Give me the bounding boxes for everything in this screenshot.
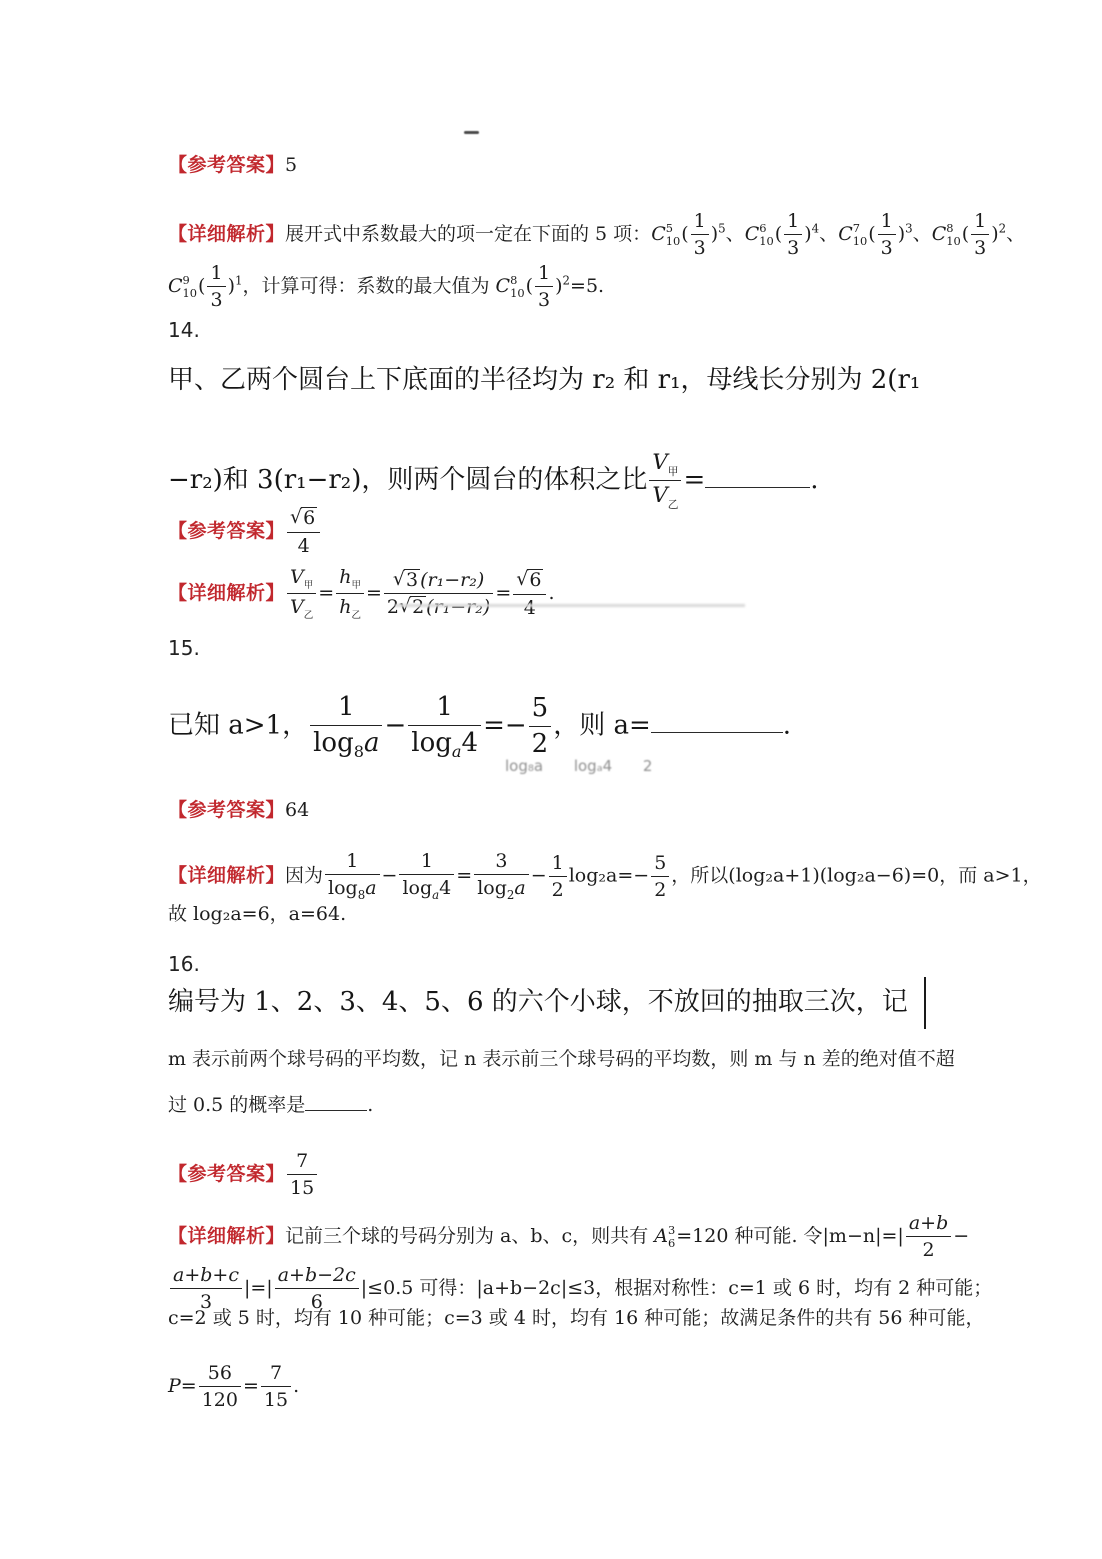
- separator: 、: [1006, 223, 1025, 245]
- radical-sign: √: [393, 568, 405, 590]
- ref-answer-label: 【参考答案】: [168, 154, 285, 176]
- supsub-stack: 710: [853, 222, 868, 248]
- denominator: 3: [784, 235, 802, 259]
- subscript: 10: [510, 287, 525, 300]
- text-cursor-artifact: [924, 977, 926, 1029]
- log-text: log: [402, 877, 432, 899]
- q16-answer-line: 【参考答案】715: [168, 1150, 319, 1200]
- fraction: V甲V乙: [287, 566, 316, 622]
- supsub-stack: 610: [759, 222, 774, 248]
- fraction: 1loga4: [408, 692, 481, 761]
- exponent: 3: [905, 222, 913, 236]
- yi-subscript: 乙: [304, 611, 314, 622]
- minus-sign: −: [953, 1225, 969, 1247]
- answer-fraction: 715: [287, 1150, 317, 1200]
- abs-equals: |=|: [244, 1277, 273, 1299]
- equals-sign: =: [318, 582, 334, 604]
- detail-analysis-label: 【详细解析】: [168, 582, 285, 604]
- because-text: 因为: [285, 865, 323, 887]
- fraction: 1loga4: [399, 850, 454, 903]
- answer-blank: [705, 462, 810, 488]
- denominator: 15: [287, 1175, 317, 1199]
- q16-analysis-text: =120 种可能. 令|m−n|=|: [676, 1225, 904, 1247]
- ref-answer-label: 【参考答案】: [168, 520, 285, 542]
- log-argument: a: [514, 877, 525, 899]
- numerator: h甲: [336, 566, 364, 594]
- q14-question-line1: 甲、乙两个圆台上下底面的半径均为 r₂ 和 r₁，母线长分别为 2(r₁: [168, 362, 920, 400]
- numerator: 1: [310, 692, 382, 726]
- separator: 、: [913, 223, 932, 245]
- q16-analysis-line3: c=2 或 5 时，均有 10 种可能；c=3 或 4 时，均有 16 种可能；…: [168, 1305, 984, 1333]
- numerator: 7: [261, 1362, 291, 1387]
- paren-open: (: [962, 223, 969, 245]
- paren-open: (: [775, 223, 782, 245]
- denominator: loga4: [408, 726, 481, 761]
- q15-analysis-line1: 【详细解析】因为1log8a−1loga4=3log2a−12log₂a=−52…: [168, 850, 1042, 903]
- denominator: V乙: [287, 594, 316, 621]
- denominator: 2: [906, 1237, 951, 1261]
- paren-open: (: [868, 223, 875, 245]
- denominator: 15: [261, 1387, 291, 1411]
- h-symbol: h: [339, 566, 351, 588]
- separator: ，: [242, 275, 261, 297]
- detail-analysis-label: 【详细解析】: [168, 865, 285, 887]
- comb-symbol: C: [745, 223, 760, 245]
- r-expression: (r₁−r₂): [420, 569, 484, 591]
- ref-answer-label: 【参考答案】: [168, 799, 285, 821]
- numerator: √6: [513, 569, 546, 595]
- fraction: 1log8a: [325, 850, 380, 903]
- numerator: V甲: [649, 450, 681, 481]
- scan-artifact-dash: [464, 131, 479, 134]
- supsub-stack: 810: [946, 222, 961, 248]
- numerator: 7: [287, 1150, 317, 1175]
- period: .: [548, 582, 554, 604]
- radical-sign: √: [516, 568, 528, 590]
- subscript: 10: [183, 287, 198, 300]
- numerator: a+b−2c: [275, 1264, 359, 1289]
- numerator: a+b: [906, 1212, 951, 1237]
- q13-analysis-line1: 【详细解析】展开式中系数最大的项一定在下面的 5 项：C510(13)5、C61…: [168, 210, 1025, 260]
- log-argument: a: [365, 877, 376, 899]
- supsub-stack: 510: [666, 222, 681, 248]
- denominator: h乙: [336, 594, 364, 621]
- fraction: 3log2a: [474, 850, 529, 903]
- numerator: √3(r₁−r₂): [384, 569, 493, 595]
- coefficient: 2: [387, 596, 399, 618]
- fraction: 13: [971, 210, 989, 260]
- answer-blank: [305, 1092, 367, 1111]
- denominator: 3: [691, 235, 709, 259]
- numerator: 1: [971, 210, 989, 235]
- denominator: 2: [651, 877, 669, 901]
- document-page: 【参考答案】5 【详细解析】展开式中系数最大的项一定在下面的 5 项：C510(…: [0, 0, 1102, 1559]
- minus-sign: −: [382, 865, 398, 887]
- arrangement-term: A36: [654, 1225, 676, 1247]
- comb-symbol: C: [838, 223, 853, 245]
- numerator: 5: [529, 693, 552, 727]
- period: .: [293, 1375, 299, 1397]
- q14-number: 14.: [168, 316, 200, 345]
- square-root: √2: [399, 596, 426, 618]
- period: .: [367, 1094, 373, 1116]
- subscript: 6: [668, 1237, 675, 1250]
- q14-question-line2-text: −r₂)和 3(r₁−r₂)，则两个圆台的体积之比: [168, 465, 647, 495]
- numerator: 1: [325, 850, 380, 875]
- scan-artifact-smudge: [395, 604, 745, 607]
- fraction: 13: [691, 210, 709, 260]
- V-symbol: V: [290, 566, 304, 588]
- paren-close: ): [804, 223, 811, 245]
- answer-blank: [651, 708, 783, 734]
- period: .: [783, 710, 791, 740]
- radicand: 6: [301, 507, 317, 530]
- square-root: √6: [290, 507, 317, 529]
- period: .: [810, 465, 818, 495]
- denominator: log8a: [325, 875, 380, 903]
- minus-sign: −: [384, 710, 406, 740]
- equals-minus: =−: [483, 710, 527, 740]
- fraction: 715: [261, 1362, 291, 1412]
- q15-number: 15.: [168, 634, 200, 663]
- q16-question-text: 编号为 1、2、3、4、5、6 的六个小球，不放回的抽取三次，记: [168, 987, 908, 1017]
- q16-analysis-text: |≤0.5 可得：|a+b−2c|≤3，根据对称性：c=1 或 6 时，均有 2…: [361, 1277, 992, 1299]
- log-text: log: [411, 728, 452, 758]
- denominator: 3: [971, 235, 989, 259]
- fraction: 52: [651, 852, 669, 902]
- square-root: √3: [393, 569, 420, 591]
- V-symbol: V: [652, 450, 667, 475]
- supsub-stack: 910: [183, 274, 198, 300]
- detail-analysis-label: 【详细解析】: [168, 223, 285, 245]
- radicand: 3: [404, 569, 420, 592]
- a-plus-b-minus-2c: a+b−2c: [278, 1264, 356, 1286]
- paren-open: (: [681, 223, 688, 245]
- paren-close: ): [228, 275, 235, 297]
- denominator: 4: [287, 533, 320, 557]
- denominator: 120: [199, 1387, 241, 1411]
- fraction: 13: [207, 262, 225, 312]
- equals-sign: =: [366, 582, 382, 604]
- fraction: 1log8a: [310, 692, 382, 761]
- binomial-term: C810(13)2: [496, 275, 570, 297]
- numerator: 1: [878, 210, 896, 235]
- q16-question-line1: 编号为 1、2、3、4、5、6 的六个小球，不放回的抽取三次，记: [168, 977, 926, 1029]
- h-symbol: h: [339, 596, 351, 618]
- fraction: h甲h乙: [336, 566, 364, 622]
- binomial-term: C610(13)4、: [745, 223, 839, 245]
- numerator: 5: [651, 852, 669, 877]
- denominator: 3: [878, 235, 896, 259]
- subscript: 10: [666, 235, 681, 248]
- separator: 、: [726, 223, 745, 245]
- separator: 、: [819, 223, 838, 245]
- q13-analysis-line2: C910(13)1，计算可得：系数的最大值为 C810(13)2=5.: [168, 262, 604, 312]
- q14-answer-line: 【参考答案】√64: [168, 507, 322, 557]
- log-argument: 4: [462, 728, 479, 758]
- numerator: 3: [474, 850, 529, 875]
- binomial-term: C910(13)1，: [168, 275, 262, 297]
- q13-answer-value: 5: [285, 154, 297, 176]
- q13-analysis-tail: =5.: [570, 275, 604, 297]
- log-argument: a: [364, 728, 380, 758]
- yi-subscript: 乙: [351, 611, 361, 622]
- exponent: 2: [563, 274, 571, 288]
- supsub-stack: 36: [668, 1224, 675, 1250]
- fraction: √64: [513, 569, 546, 619]
- comb-symbol: C: [168, 275, 183, 297]
- log-text: log: [477, 877, 507, 899]
- log-base: a: [452, 742, 462, 761]
- log-argument: 4: [439, 877, 451, 899]
- equals-sign: =: [495, 582, 511, 604]
- comb-symbol: C: [651, 223, 666, 245]
- subscript: 10: [946, 235, 961, 248]
- q16-number: 16.: [168, 950, 200, 979]
- equals-sign: =: [243, 1375, 259, 1397]
- q15-then: ，则 a=: [553, 710, 651, 740]
- jia-subscript: 甲: [351, 580, 361, 591]
- binomial-term: C710(13)3、: [838, 223, 932, 245]
- denominator: 3: [535, 287, 553, 311]
- a-plus-b-plus-c: a+b+c: [173, 1264, 239, 1286]
- q16-question-line3: 过 0.5 的概率是.: [168, 1092, 373, 1120]
- q15-answer-value: 64: [285, 799, 309, 821]
- numerator: 1: [399, 850, 454, 875]
- q15-given: 已知 a>1，: [168, 710, 308, 740]
- minus-sign: −: [531, 865, 547, 887]
- yi-subscript: 乙: [668, 498, 679, 511]
- denominator: loga4: [399, 875, 454, 903]
- q14-analysis-line: 【详细解析】V甲V乙=h甲h乙=√3(r₁−r₂)2√2(r₁−r₂)=√64.: [168, 566, 555, 622]
- q15-analysis-tail: ，所以(log₂a+1)(log₂a−6)=0，而 a>1，: [671, 865, 1041, 887]
- numerator: 1: [207, 262, 225, 287]
- q13-analysis-intro: 展开式中系数最大的项一定在下面的 5 项：: [285, 223, 651, 245]
- r-expression: (r₁−r₂): [426, 596, 490, 618]
- log-term: log₂a=−: [569, 865, 649, 887]
- paren-close: ): [991, 223, 998, 245]
- A-symbol: A: [654, 1225, 668, 1247]
- denominator: 2: [529, 727, 552, 760]
- numerator: 1: [535, 262, 553, 287]
- equals-sign: =: [456, 865, 472, 887]
- fraction: √3(r₁−r₂)2√2(r₁−r₂): [384, 569, 493, 620]
- numerator: 56: [199, 1362, 241, 1387]
- ref-answer-label: 【参考答案】: [168, 1163, 285, 1185]
- exponent: 5: [718, 222, 726, 236]
- a-plus-b: a+b: [909, 1212, 948, 1234]
- detail-analysis-label: 【详细解析】: [168, 1225, 285, 1247]
- denominator: log8a: [310, 726, 382, 761]
- q16-analysis-line1: 【详细解析】记前三个球的号码分别为 a、b、c，则共有 A36=120 种可能.…: [168, 1212, 969, 1262]
- q13-answer-line: 【参考答案】5: [168, 152, 297, 180]
- numerator: 1: [408, 692, 481, 726]
- P-equals: P=: [168, 1375, 197, 1397]
- answer-fraction: √64: [287, 507, 320, 557]
- V-symbol: V: [290, 596, 304, 618]
- V-symbol: V: [652, 483, 667, 508]
- subscript: 10: [853, 235, 868, 248]
- denominator: 2: [549, 877, 567, 901]
- numerator: √6: [287, 507, 320, 533]
- paren-open: (: [526, 275, 533, 297]
- numerator: 1: [784, 210, 802, 235]
- log-text: log: [328, 877, 358, 899]
- q16-question-line2: m 表示前两个球号码的平均数，记 n 表示前三个球号码的平均数，则 m 与 n …: [168, 1046, 955, 1074]
- log-text: log: [313, 728, 354, 758]
- paren-close: ): [555, 275, 562, 297]
- supsub-stack: 810: [510, 274, 525, 300]
- subscript: 10: [759, 235, 774, 248]
- q16-question-line3-text: 过 0.5 的概率是: [168, 1094, 305, 1116]
- q16-analysis-intro: 记前三个球的号码分别为 a、b、c，则共有: [285, 1225, 654, 1247]
- q13-analysis-mid: 计算可得：系数的最大值为: [262, 275, 496, 297]
- radical-sign: √: [290, 506, 302, 528]
- denominator: log2a: [474, 875, 529, 903]
- fraction: 12: [549, 852, 567, 902]
- equals-sign: =: [683, 465, 705, 495]
- fraction: 52: [529, 693, 552, 759]
- comb-symbol: C: [496, 275, 511, 297]
- binomial-term: C810(13)2、: [932, 223, 1026, 245]
- denominator: 3: [207, 287, 225, 311]
- fraction: a+b2: [906, 1212, 951, 1262]
- jia-subscript: 甲: [668, 465, 679, 478]
- q15-question-line: 已知 a>1，1log8a−1loga4=−52，则 a=.: [168, 692, 791, 761]
- jia-subscript: 甲: [304, 580, 314, 591]
- comb-symbol: C: [932, 223, 947, 245]
- fraction: 13: [784, 210, 802, 260]
- fraction: 56120: [199, 1362, 241, 1412]
- q14-question-line2: −r₂)和 3(r₁−r₂)，则两个圆台的体积之比V甲V乙=.: [168, 450, 819, 512]
- numerator: 1: [691, 210, 709, 235]
- volume-ratio-fraction: V甲V乙: [649, 450, 681, 512]
- q16-probability-line: P=56120=715.: [168, 1362, 299, 1412]
- fraction: 13: [535, 262, 553, 312]
- denominator: V乙: [649, 481, 681, 511]
- radicand: 6: [527, 569, 543, 592]
- q15-analysis-line2: 故 log₂a=6，a=64.: [168, 901, 346, 929]
- square-root: √6: [516, 569, 543, 591]
- scan-artifact-ghost-text: log₈a logₐ4 2: [505, 757, 652, 775]
- binomial-term: C510(13)5、: [651, 223, 745, 245]
- numerator: V甲: [287, 566, 316, 594]
- log-base: 8: [354, 742, 364, 761]
- fraction: 13: [878, 210, 896, 260]
- numerator: a+b+c: [170, 1264, 242, 1289]
- numerator: 1: [549, 852, 567, 877]
- paren-open: (: [198, 275, 205, 297]
- radicand: 2: [410, 596, 426, 619]
- q15-answer-line: 【参考答案】64: [168, 797, 309, 825]
